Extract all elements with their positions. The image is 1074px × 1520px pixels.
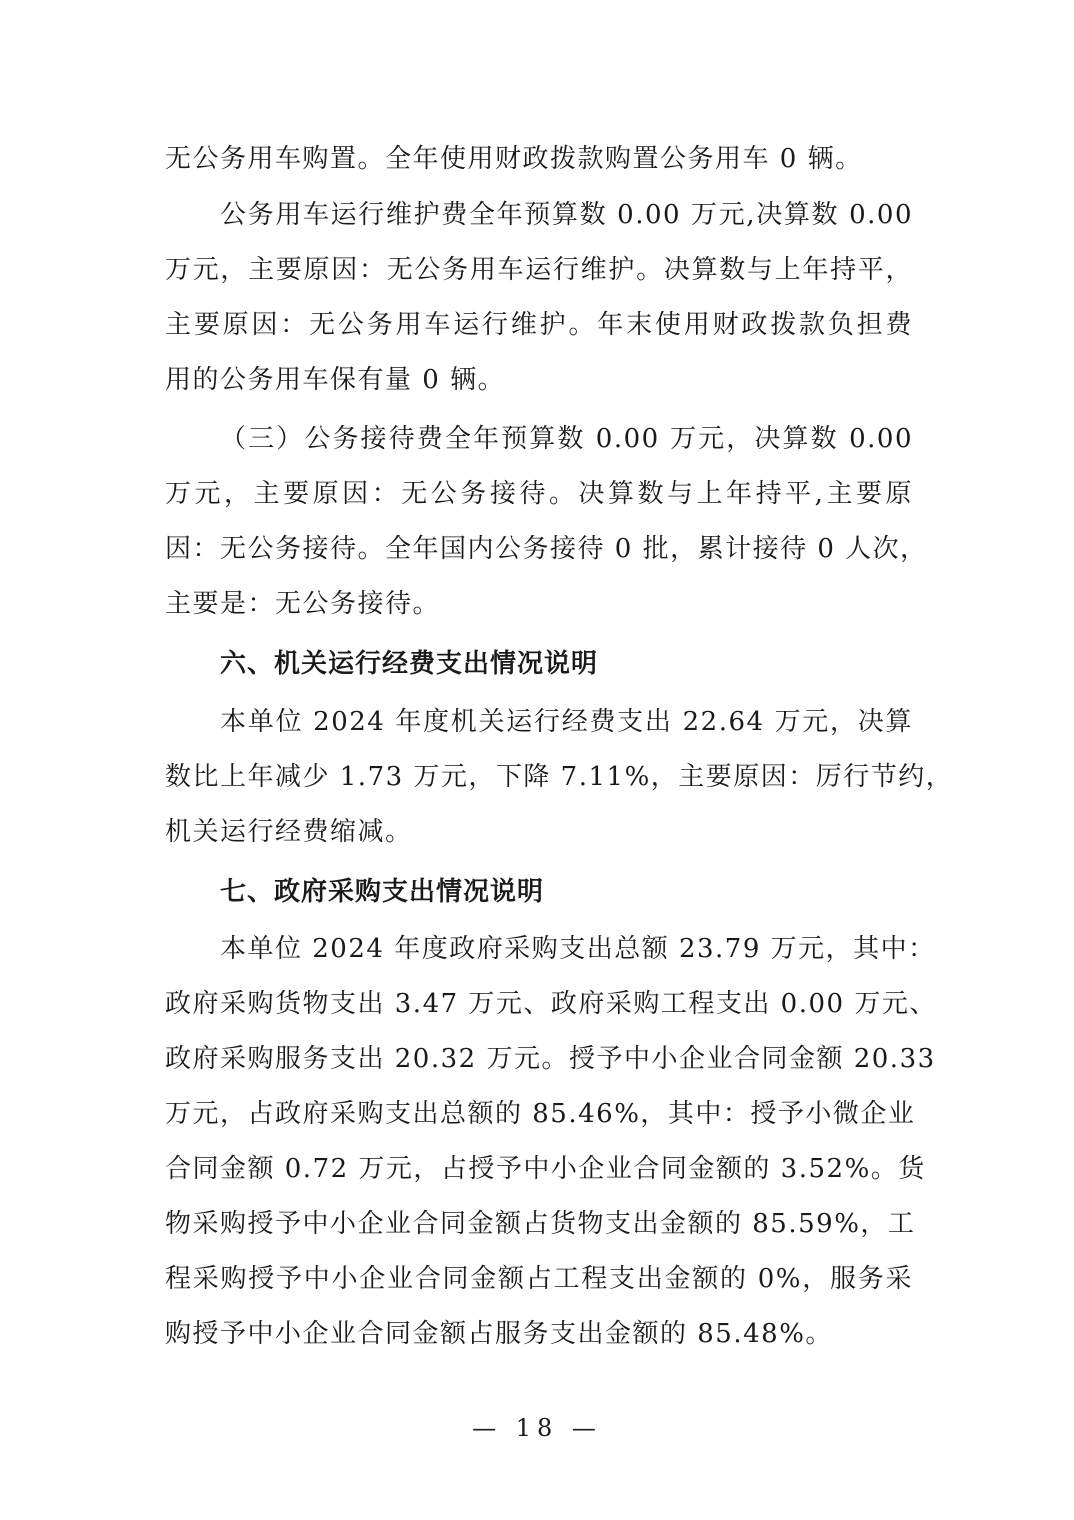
body-line: 因：无公务接待。全年国内公务接待 0 批，累计接待 0 人次， (165, 529, 913, 569)
body-line: 用的公务用车保有量 0 辆。 (165, 360, 913, 400)
body-line: 程采购授予中小企业合同金额占工程支出金额的 0%，服务采 (165, 1259, 913, 1299)
document-page: 无公务用车购置。全年使用财政拨款购置公务用车 0 辆。 公务用车运行维护费全年预… (0, 0, 1074, 1520)
section-heading: 六、机关运行经费支出情况说明 (220, 644, 913, 684)
body-line: 本单位 2024 年度政府采购支出总额 23.79 万元，其中： (220, 929, 913, 969)
body-line: 政府采购服务支出 20.32 万元。授予中小企业合同金额 20.33 (165, 1039, 913, 1079)
body-line: 无公务用车购置。全年使用财政拨款购置公务用车 0 辆。 (165, 139, 913, 179)
body-line: 公务用车运行维护费全年预算数 0.00 万元,决算数 0.00 (220, 195, 913, 235)
body-line: 万元，主要原因：无公务用车运行维护。决算数与上年持平， (165, 250, 913, 290)
body-line: 机关运行经费缩减。 (165, 812, 913, 852)
section-heading: 七、政府采购支出情况说明 (220, 872, 913, 912)
body-line: 购授予中小企业合同金额占服务支出金额的 85.48%。 (165, 1314, 913, 1354)
body-line: 万元，主要原因：无公务接待。决算数与上年持平,主要原 (165, 474, 913, 514)
body-line: 主要是：无公务接待。 (165, 584, 913, 624)
body-line: （三）公务接待费全年预算数 0.00 万元，决算数 0.00 (220, 419, 913, 459)
page-number: — 18 — (0, 1410, 1074, 1446)
body-line: 主要原因：无公务用车运行维护。年末使用财政拨款负担费 (165, 305, 913, 345)
body-line: 数比上年减少 1.73 万元，下降 7.11%，主要原因：厉行节约， (165, 757, 913, 797)
body-line: 合同金额 0.72 万元，占授予中小企业合同金额的 3.52%。货 (165, 1149, 913, 1189)
body-line: 政府采购货物支出 3.47 万元、政府采购工程支出 0.00 万元、 (165, 984, 913, 1024)
body-line: 本单位 2024 年度机关运行经费支出 22.64 万元，决算 (220, 702, 913, 742)
body-line: 物采购授予中小企业合同金额占货物支出金额的 85.59%，工 (165, 1204, 913, 1244)
body-line: 万元，占政府采购支出总额的 85.46%，其中：授予小微企业 (165, 1094, 913, 1134)
